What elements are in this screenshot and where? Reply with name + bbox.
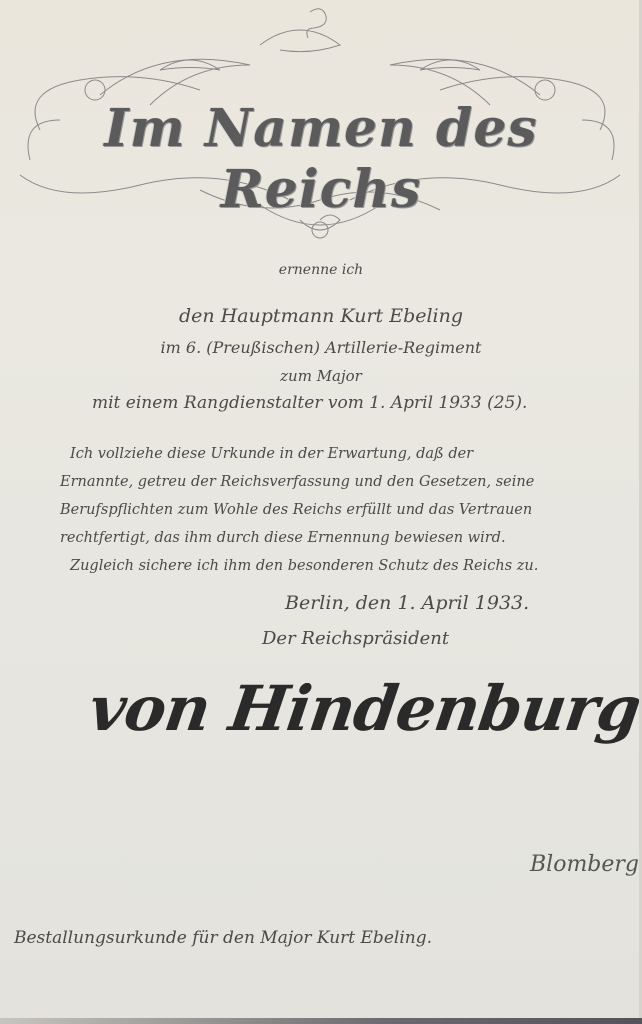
body-line: Ernannte, getreu der Reichsverfassung un… <box>60 468 580 496</box>
recipient-unit: im 6. (Preußischen) Artillerie-Regiment <box>0 338 642 357</box>
place-and-date: Berlin, den 1. April 1933. <box>285 592 529 614</box>
appointment-intro: ernenne ich <box>0 262 642 278</box>
body-line: rechtfertigt, das ihm durch diese Ernenn… <box>60 524 580 552</box>
signatory-title: Der Reichspräsident <box>262 628 449 649</box>
footer-note: Bestallungsurkunde für den Major Kurt Eb… <box>14 928 432 948</box>
body-line: Berufspflichten zum Wohle des Reichs erf… <box>60 496 580 524</box>
countersignature: Blomberg <box>530 852 639 877</box>
body-line: Zugleich sichere ich ihm den besonderen … <box>60 552 580 580</box>
recipient-name: den Hauptmann Kurt Ebeling <box>0 305 642 327</box>
seniority-date: mit einem Rangdienstalter vom 1. April 1… <box>92 393 527 413</box>
new-rank: zum Major <box>0 367 642 385</box>
body-paragraph: Ich vollziehe diese Urkunde in der Erwar… <box>60 440 580 580</box>
page-bottom-edge <box>0 1018 642 1024</box>
certificate-page: Im Namen des Reichs ernenne ich den Haup… <box>0 0 642 1024</box>
document-heading: Im Namen des Reichs <box>0 98 642 220</box>
hindenburg-signature: von Hindenburg <box>85 672 642 745</box>
body-line: Ich vollziehe diese Urkunde in der Erwar… <box>60 440 580 468</box>
